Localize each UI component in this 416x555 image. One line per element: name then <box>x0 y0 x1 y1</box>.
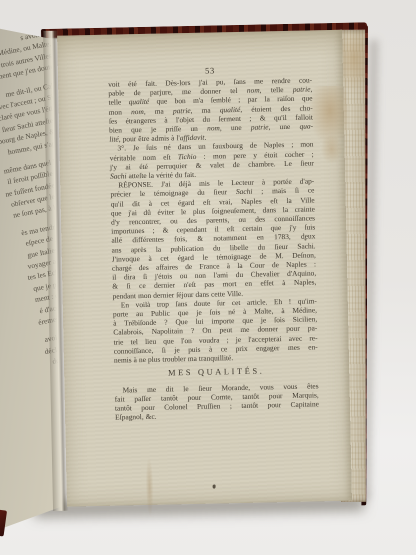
stain-streak <box>144 452 155 522</box>
stain-spot <box>320 134 343 164</box>
section-heading: MES QUALITÉS. <box>114 366 318 379</box>
right-page: 53 voit été fait. Dès-lors j'ai pu, ſans… <box>57 30 352 507</box>
open-book: s avoir duà Médine, ou Malte,trois autre… <box>0 8 397 526</box>
page-text-block: voit été fait. Dès-lors j'ai pu, ſans me… <box>108 75 319 422</box>
book-photo: s avoir duà Médine, ou Malte,trois autre… <box>0 0 416 555</box>
ink-speck <box>213 485 216 489</box>
